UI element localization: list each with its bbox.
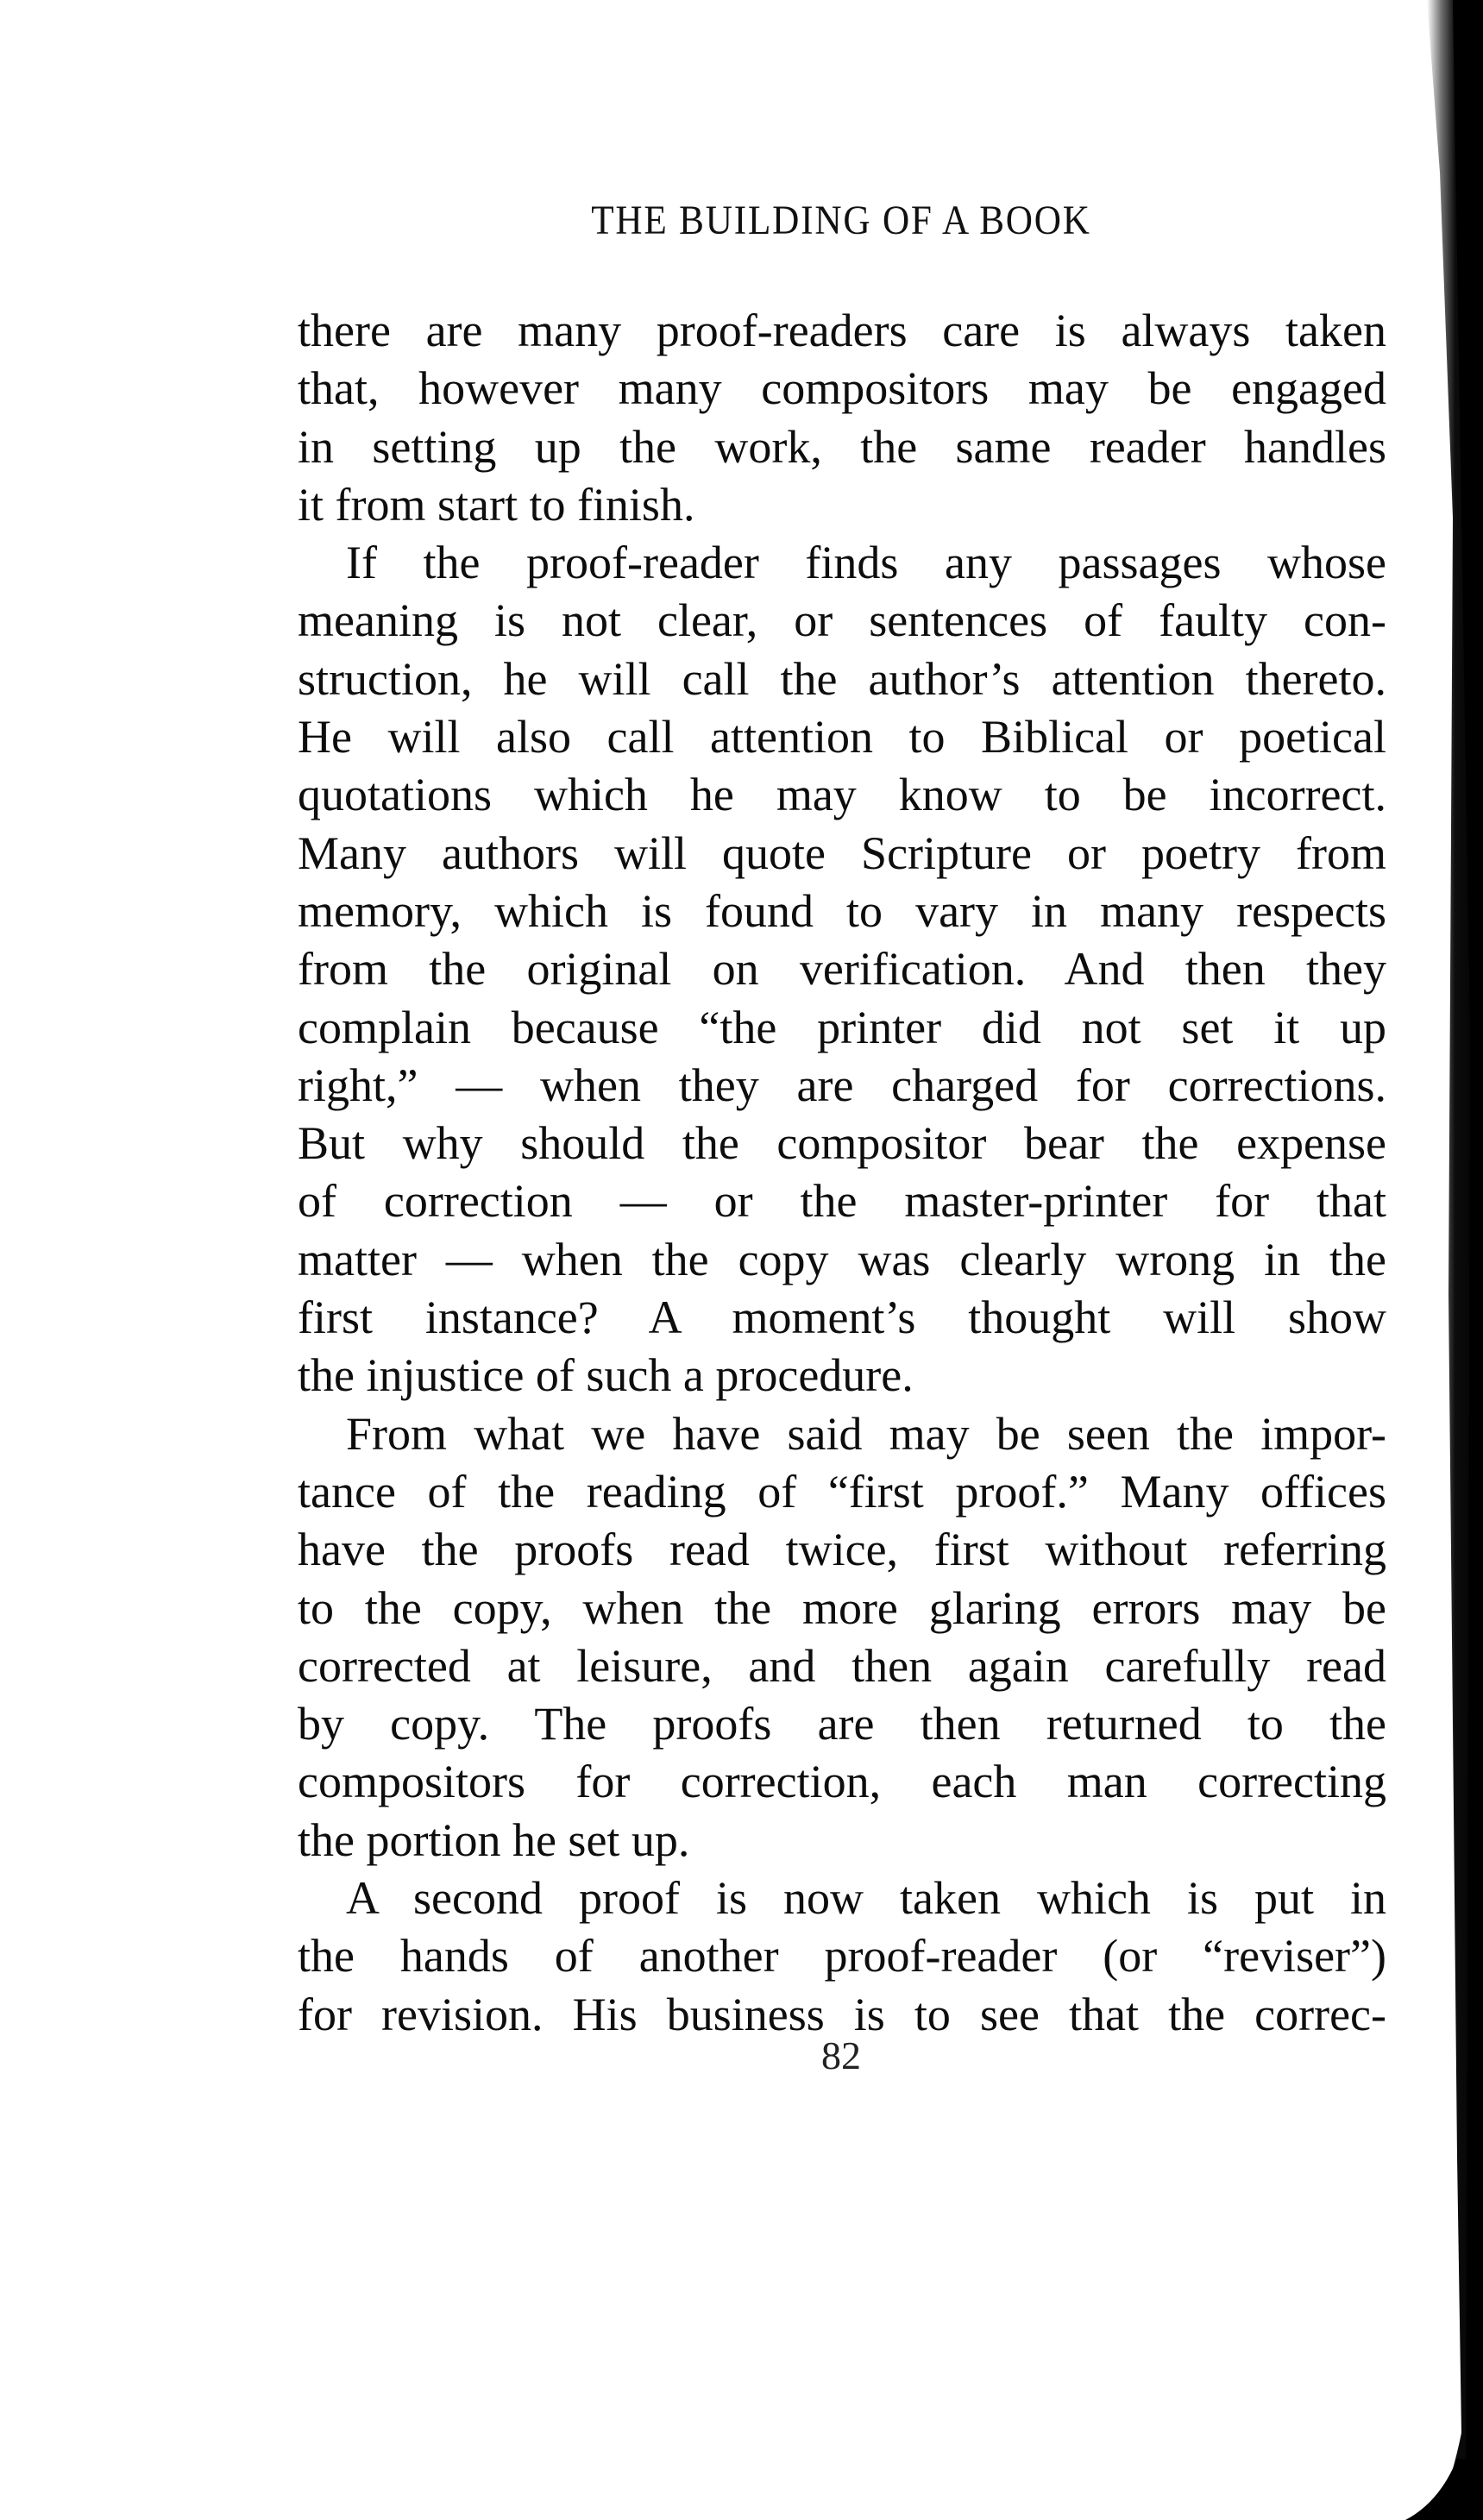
text-line: from the original on verification. And t… (298, 940, 1386, 998)
text-line: memory, which is found to vary in many r… (298, 883, 1386, 940)
body-text: there are many proof-readers care is alw… (298, 302, 1386, 2044)
book-page: THE BUILDING OF A BOOK there are many pr… (0, 0, 1483, 2520)
text-line: that, however many compositors may be en… (298, 360, 1386, 418)
text-line: the hands of another proof-reader (or “r… (298, 1927, 1386, 1985)
page-edge-shadow (1388, 0, 1483, 2520)
text-line: corrected at leisure, and then again car… (298, 1637, 1386, 1695)
text-line: But why should the compositor bear the e… (298, 1115, 1386, 1172)
text-line: the injustice of such a procedure. (298, 1347, 1386, 1405)
text-line: the portion he set up. (298, 1812, 1386, 1870)
text-line: From what we have said may be seen the i… (298, 1405, 1386, 1463)
text-line: there are many proof-readers care is alw… (298, 302, 1386, 360)
text-line: right,” — when they are charged for corr… (298, 1057, 1386, 1115)
text-line: complain because “the printer did not se… (298, 999, 1386, 1057)
text-line: compositors for correction, each man cor… (298, 1753, 1386, 1811)
text-line: to the copy, when the more glaring error… (298, 1580, 1386, 1637)
text-line: struction, he will call the author’s att… (298, 650, 1386, 708)
text-line: first instance? A moment’s thought will … (298, 1289, 1386, 1347)
text-line: Many authors will quote Scripture or poe… (298, 825, 1386, 883)
page-number: 82 (298, 2033, 1385, 2078)
text-line: He will also call attention to Biblical … (298, 708, 1386, 766)
text-line: in setting up the work, the same reader … (298, 418, 1386, 476)
text-line: A second proof is now taken which is put… (298, 1870, 1386, 1927)
text-line: matter — when the copy was clearly wrong… (298, 1231, 1386, 1289)
text-line: tance of the reading of “first proof.” M… (298, 1463, 1386, 1521)
text-line: have the proofs read twice, first withou… (298, 1521, 1386, 1579)
text-line: If the proof-reader finds any passages w… (298, 534, 1386, 592)
text-line: by copy. The proofs are then returned to… (298, 1695, 1386, 1753)
running-head: THE BUILDING OF A BOOK (352, 197, 1330, 244)
text-line: quotations which he may know to be incor… (298, 766, 1386, 824)
text-line: meaning is not clear, or sentences of fa… (298, 592, 1386, 650)
text-line: it from start to finish. (298, 476, 1386, 534)
text-line: of correction — or the master-printer fo… (298, 1172, 1386, 1230)
